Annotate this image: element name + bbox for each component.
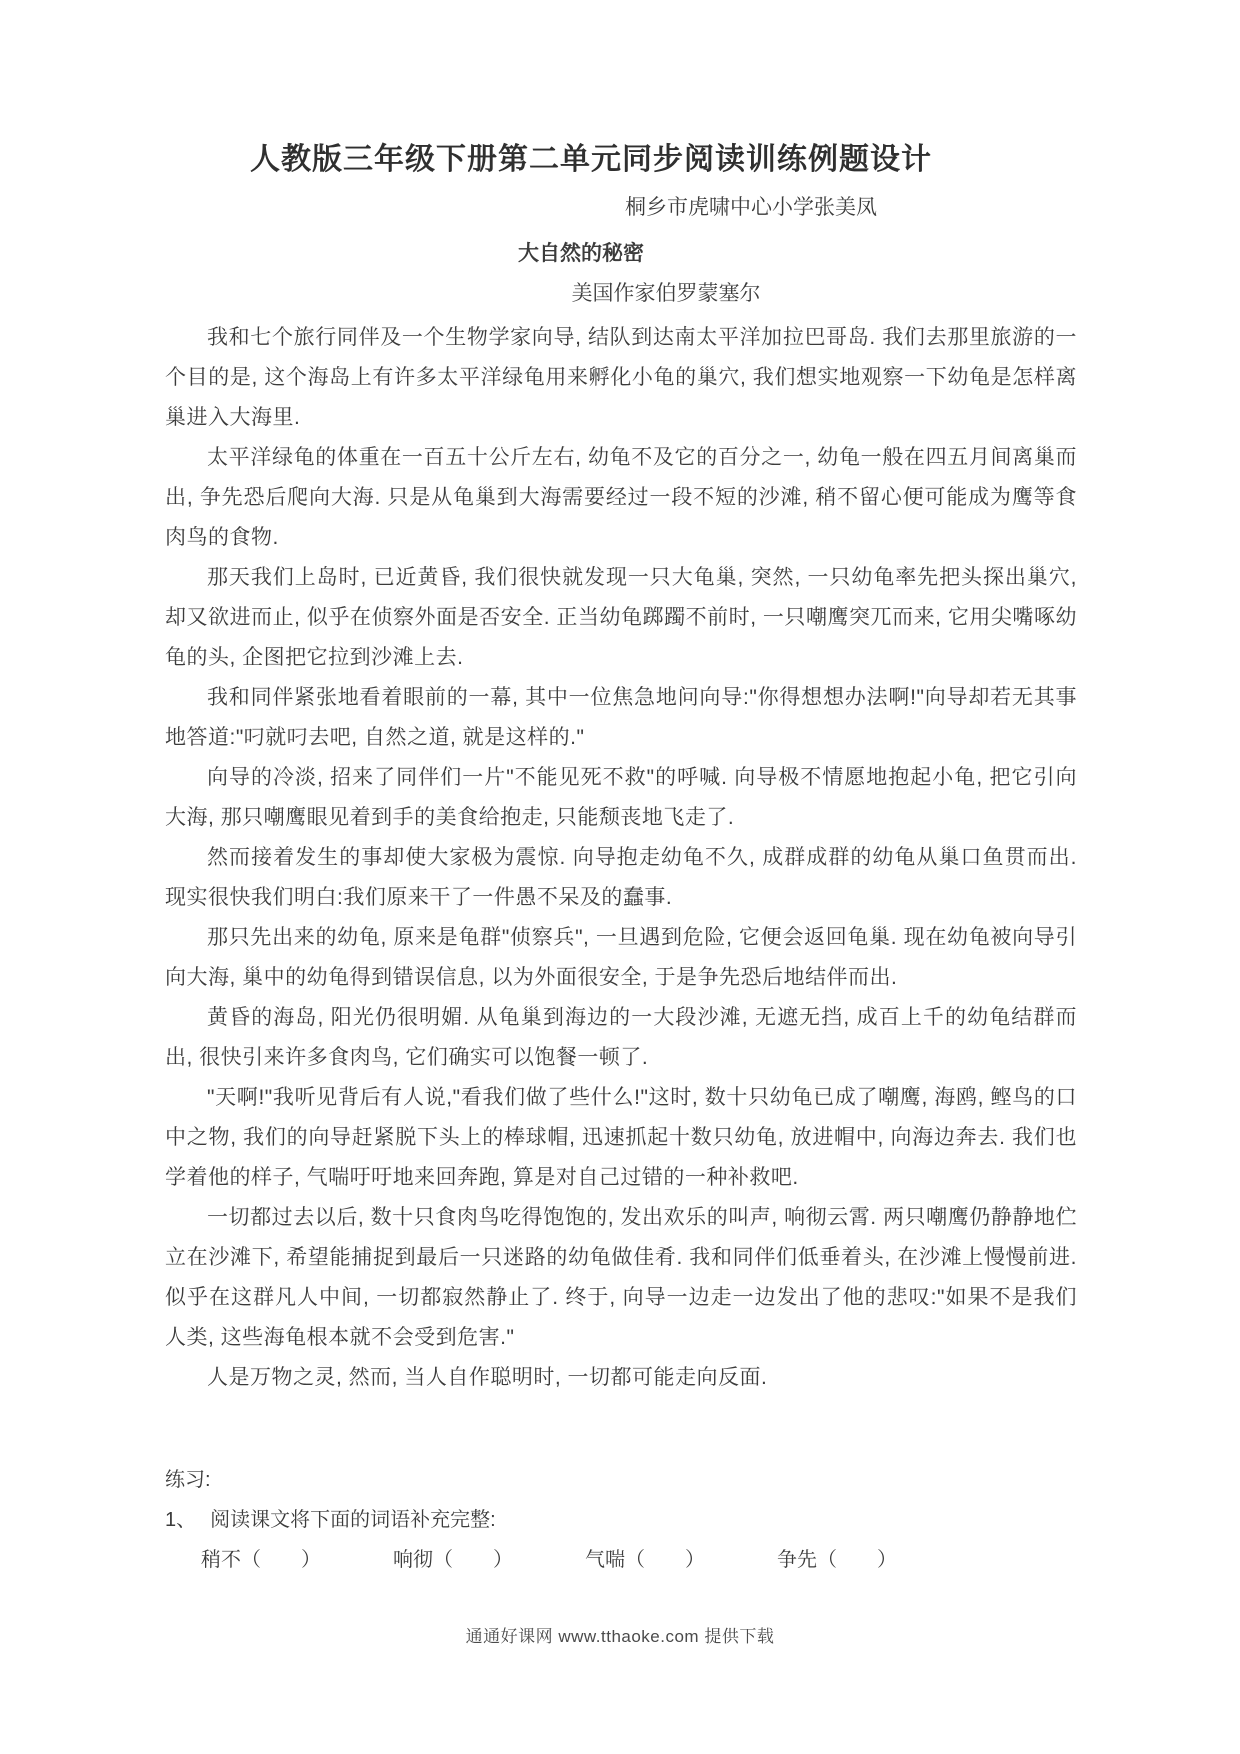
paragraph-4: 我和同伴紧张地看着眼前的一幕, 其中一位焦急地问向导:"你得想想办法啊!"向导却… <box>165 678 1077 758</box>
paragraph-11: 人是万物之灵, 然而, 当人自作聪明时, 一切都可能走向反面. <box>165 1358 1077 1398</box>
paragraph-6: 然而接着发生的事却使大家极为震惊. 向导抱走幼龟不久, 成群成群的幼龟从巢口鱼贯… <box>165 838 1077 918</box>
question-number: 1、 <box>165 1500 196 1540</box>
blank-item-1: 稍不（ ） <box>201 1540 321 1580</box>
exercise-blanks: 稍不（ ） 响彻（ ） 气喘（ ） 争先（ ） <box>201 1540 1077 1580</box>
paragraph-9: "天啊!"我听见背后有人说,"看我们做了些什么!"这时, 数十只幼龟已成了嘲鹰,… <box>165 1078 1077 1198</box>
page-footer: 通通好课网 www.tthaoke.com 提供下载 <box>0 1622 1240 1647</box>
exercise-heading: 练习: <box>165 1460 1077 1500</box>
article-author: 美国作家伯罗蒙塞尔 <box>255 276 1077 312</box>
paragraph-3: 那天我们上岛时, 已近黄昏, 我们很快就发现一只大龟巢, 突然, 一只幼龟率先把… <box>165 558 1077 678</box>
paragraph-5: 向导的冷淡, 招来了同伴们一片"不能见死不救"的呼喊. 向导极不情愿地抱起小龟,… <box>165 758 1077 838</box>
document-page: 人教版三年级下册第二单元同步阅读训练例题设计 桐乡市虎啸中心小学张美凤 大自然的… <box>0 0 1240 1754</box>
blank-item-4: 争先（ ） <box>777 1540 897 1580</box>
blank-item-3: 气喘（ ） <box>585 1540 705 1580</box>
paragraph-8: 黄昏的海岛, 阳光仍很明媚. 从龟巢到海边的一大段沙滩, 无遮无挡, 成百上千的… <box>165 998 1077 1078</box>
byline: 桐乡市虎啸中心小学张美凤 <box>165 188 1077 228</box>
paragraph-2: 太平洋绿龟的体重在一百五十公斤左右, 幼龟不及它的百分之一, 幼龟一般在四五月间… <box>165 438 1077 558</box>
exercise-question: 1、 阅读课文将下面的词语补充完整: <box>165 1500 1077 1540</box>
paragraph-1: 我和七个旅行同伴及一个生物学家向导, 结队到达南太平洋加拉巴哥岛. 我们去那里旅… <box>165 318 1077 438</box>
article-body: 我和七个旅行同伴及一个生物学家向导, 结队到达南太平洋加拉巴哥岛. 我们去那里旅… <box>165 318 1077 1398</box>
paragraph-10: 一切都过去以后, 数十只食肉鸟吃得饱饱的, 发出欢乐的叫声, 响彻云霄. 两只嘲… <box>165 1198 1077 1358</box>
exercise-section: 练习: 1、 阅读课文将下面的词语补充完整: 稍不（ ） 响彻（ ） 气喘（ ）… <box>165 1460 1077 1580</box>
article-title: 大自然的秘密 <box>165 236 997 272</box>
paragraph-7: 那只先出来的幼龟, 原来是龟群"侦察兵", 一旦遇到危险, 它便会返回龟巢. 现… <box>165 918 1077 998</box>
question-text: 阅读课文将下面的词语补充完整: <box>210 1500 496 1540</box>
page-title: 人教版三年级下册第二单元同步阅读训练例题设计 <box>165 140 1017 180</box>
blank-item-2: 响彻（ ） <box>393 1540 513 1580</box>
